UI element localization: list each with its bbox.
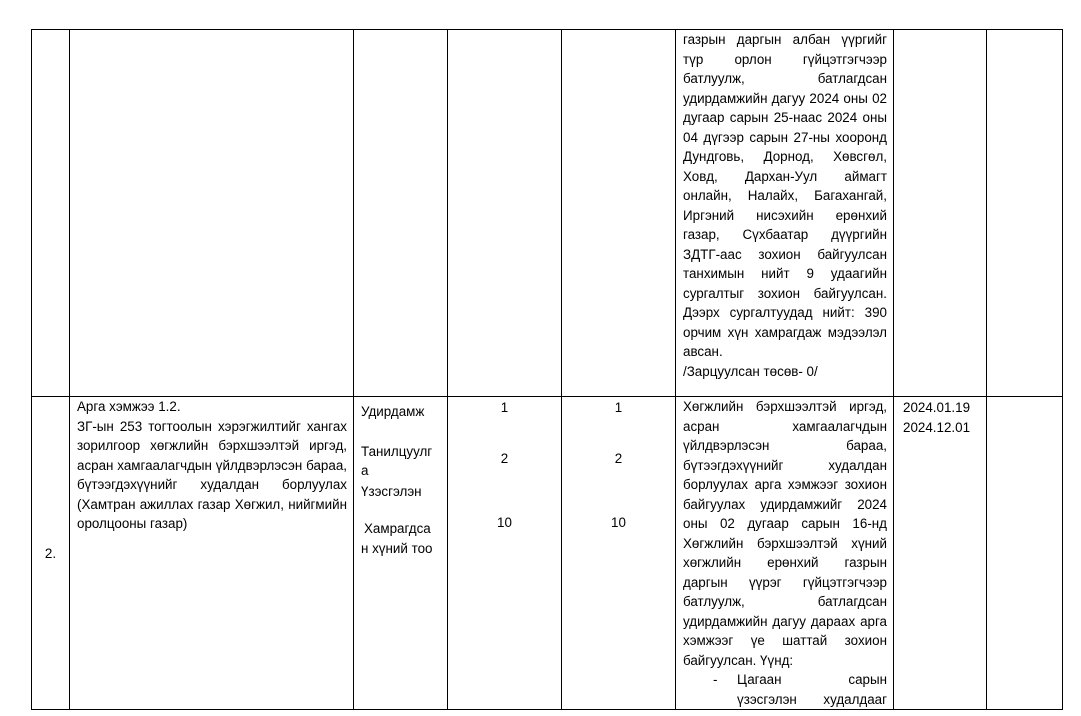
report-table: газрын даргын албан үүргийг түр орлон гү… (31, 29, 1063, 710)
cell-activity (70, 30, 354, 397)
table-row: газрын даргын албан үүргийг түр орлон гү… (32, 30, 1063, 397)
planned-value: 10 (448, 513, 561, 533)
indicator-label: Танилцуулг (361, 442, 443, 462)
cell-description: Хөгжлийн бэрхшээлтэй иргэд, асран хамгаа… (676, 397, 894, 710)
bullet-marker: - (713, 670, 737, 690)
cell-description: газрын даргын албан үүргийг түр орлон гү… (676, 30, 894, 397)
bullet-text: Цагаан сарын (737, 670, 887, 690)
cell-activity: Арга хэмжээ 1.2. ЗГ-ын 253 тогтоолын хэр… (70, 397, 354, 710)
description-text: газрын даргын албан үүргийг түр орлон гү… (683, 30, 887, 362)
budget-note: /Зарцуулсан төсөв- 0/ (683, 362, 887, 382)
indicator-label: Үзэсгэлэн (361, 482, 443, 502)
cell-indicators: Удирдамж Танилцуулг а Үзэсгэлэн Хамрагдс… (354, 397, 448, 710)
cell-notes (987, 30, 1063, 397)
cell-number: 2. (32, 397, 70, 710)
row-number: 2. (32, 544, 69, 710)
cell-number (32, 30, 70, 397)
planned-value: 1 (448, 398, 561, 418)
cell-notes (987, 397, 1063, 710)
cell-planned: 1 2 10 (448, 397, 562, 710)
planned-value: 2 (448, 449, 561, 469)
cell-actual (562, 30, 676, 397)
activity-title: Арга хэмжээ 1.2. (77, 397, 347, 417)
cell-actual: 1 2 10 (562, 397, 676, 710)
indicator-label-cont: н хүний тоо (361, 539, 443, 559)
indicator-label-cont: а (361, 461, 443, 481)
cell-dates: 2024.01.19 2024.12.01 (894, 397, 987, 710)
actual-value: 1 (562, 398, 675, 418)
end-date: 2024.12.01 (903, 418, 986, 438)
actual-value: 10 (562, 513, 675, 533)
bullet-text-cont: үзэсгэлэн худалдааг (683, 690, 887, 710)
indicator-label: Хамрагдса (361, 519, 443, 539)
description-text: Хөгжлийн бэрхшээлтэй иргэд, асран хамгаа… (683, 397, 887, 670)
start-date: 2024.01.19 (903, 398, 986, 418)
cell-dates (894, 30, 987, 397)
indicator-label: Удирдамж (361, 402, 443, 422)
activity-text: ЗГ-ын 253 тогтоолын хэрэгжилтийг хангах … (77, 417, 347, 534)
bullet-item: - Цагаан сарын (683, 670, 887, 690)
cell-indicators (354, 30, 448, 397)
actual-value: 2 (562, 449, 675, 469)
table-row: 2. Арга хэмжээ 1.2. ЗГ-ын 253 тогтоолын … (32, 397, 1063, 710)
cell-planned (448, 30, 562, 397)
document-page: газрын даргын албан үүргийг түр орлон гү… (0, 0, 1081, 716)
